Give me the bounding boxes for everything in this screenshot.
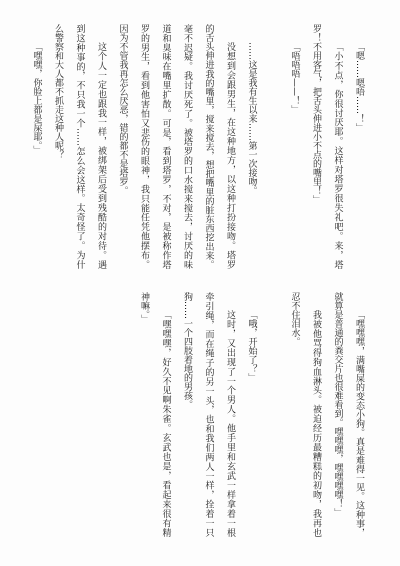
text-line: 「嘿嘿，你脸上都是屎耶。」 bbox=[25, 24, 47, 269]
text-line: 神嘛。」 bbox=[133, 292, 155, 537]
book-page: 「嗯……嗯唔……！」 「小不点，你很讨厌耶。这样对塔罗很失礼吧。来，塔 罗！不用… bbox=[0, 0, 400, 566]
text-line: 到这种事的，不只我一个……怎么会这样。太奇怪了。为什 bbox=[68, 24, 90, 269]
text-line: 狗……一个四肢着地的男孩。 bbox=[176, 292, 198, 537]
text-line: 道和臭味在嘴里扩散。可是，看到塔罗，不对，是被称作塔 bbox=[154, 24, 176, 269]
text-line: ……这是我有生以来……第一次接吻。 bbox=[240, 24, 262, 269]
text-line: 因为不管我再怎么厌恶，错的都不是塔罗。 bbox=[111, 24, 133, 269]
text-line: 牵引绳，而在绳子的另一头，也和我们两人一样，拴着一只 bbox=[197, 292, 219, 537]
text-line: 我被他骂得狗血淋头。被迫经历最糟糕的初吻，我再也 bbox=[305, 292, 327, 537]
blank-line bbox=[262, 24, 284, 269]
text-line: 就算是普通的粪交片也很难看到。嘿嘿嘿，嘿嘿嘿嘿！」 bbox=[326, 292, 348, 537]
text-line: 这个人一定也跟我一样，被绑架后受到残酷的对待。遇 bbox=[90, 24, 112, 269]
text-line: 没想到会跟男生，在这种地方，以这种打扮接吻。塔罗 bbox=[219, 24, 241, 269]
text-line: 忍不住泪水。 bbox=[283, 292, 305, 537]
text-line: 「嘿嘿嘿，好久不见啊朱雀。玄武也是，看起来很有精 bbox=[154, 292, 176, 537]
upper-text-block: 「嗯……嗯唔……！」 「小不点，你很讨厌耶。这样对塔罗很失礼吧。来，塔 罗！不用… bbox=[25, 24, 369, 271]
text-line: 「唔唔唔——！」 bbox=[283, 24, 305, 269]
text-line: 「嗯……嗯唔……！」 bbox=[348, 24, 370, 269]
text-line: 的舌头伸进我的嘴里，搅来搅去，想把嘴里的脏东西挖出来。 bbox=[197, 24, 219, 269]
text-line: 毫不迟疑。我讨厌死了。被塔罗的口水搅来搅去，讨厌的味 bbox=[176, 24, 198, 269]
text-line: 这时，又出现了一个男人。他手里和玄武一样拿着一根 bbox=[219, 292, 241, 537]
blank-line bbox=[262, 292, 284, 537]
lower-text-block: 「嘿嘿嘿，满嘴屎的变态小狗。真是难得一见。这种事， 就算是普通的粪交片也很难看到… bbox=[133, 292, 370, 539]
text-line: 罗！不用客气，把舌头伸进小不点的嘴里！」 bbox=[305, 24, 327, 269]
text-line: 「小不点，你很讨厌耶。这样对塔罗很失礼吧。来，塔 bbox=[326, 24, 348, 269]
text-line: 「嘿嘿嘿，满嘴屎的变态小狗。真是难得一见。这种事， bbox=[348, 292, 370, 537]
text-line: 「哦，开始了？」 bbox=[240, 292, 262, 537]
text-line: 么警察和大人都不抓走这种人呢？ bbox=[47, 24, 69, 269]
text-line: 罗的男生，看到他害怕又悲伤的眼神，我只能任凭他摆布。 bbox=[133, 24, 155, 269]
